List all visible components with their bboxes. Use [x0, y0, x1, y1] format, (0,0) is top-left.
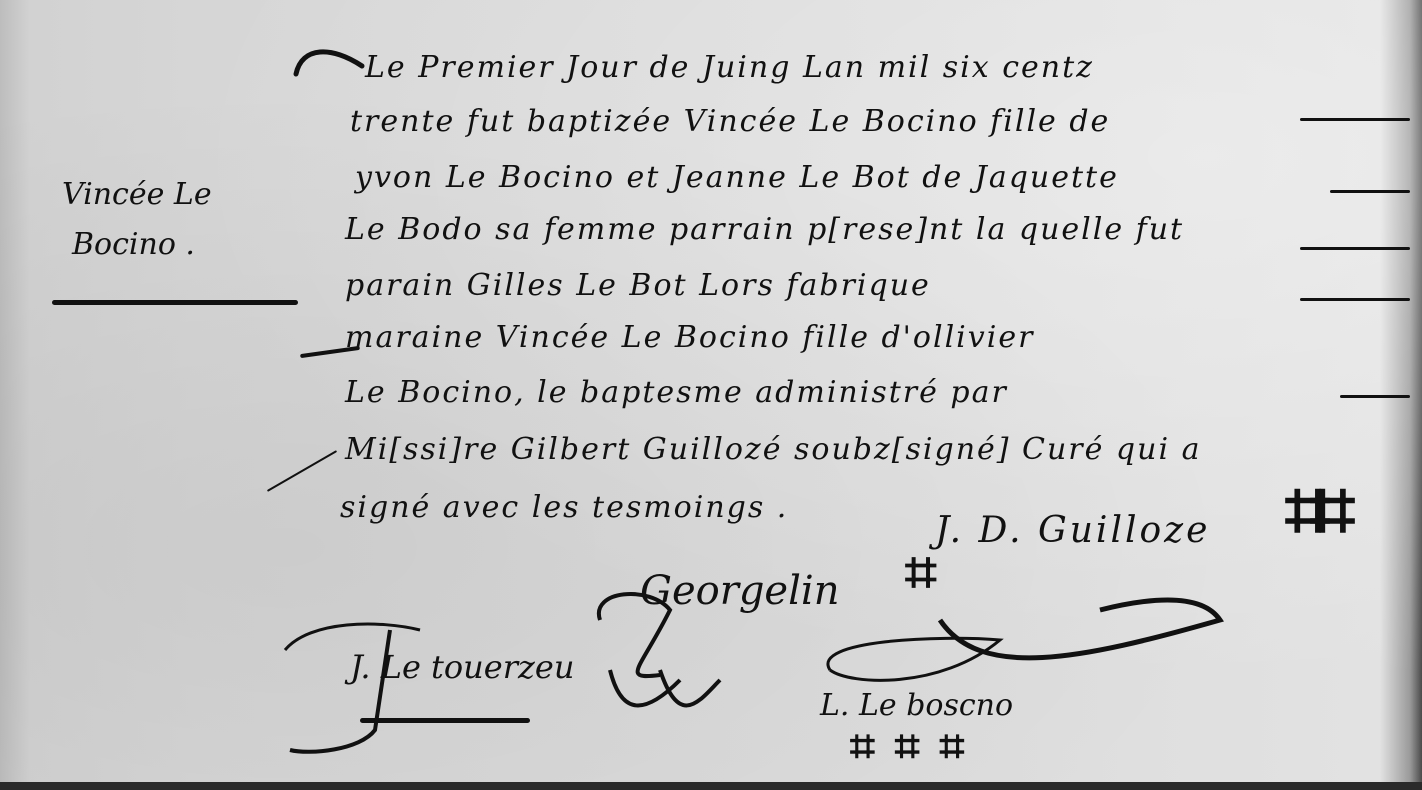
line-fill-stroke — [1300, 118, 1410, 121]
letouerzeu-flourish — [280, 610, 740, 760]
body-line-6: maraine Vincée Le Bocino fille d'ollivie… — [345, 320, 1034, 355]
bottom-bar — [0, 782, 1422, 790]
mark-center: ⌗ — [905, 545, 937, 601]
body-line-8: Mi[ssi]re Gilbert Guillozé soubz[signé] … — [345, 432, 1201, 467]
body-line-1: Le Premier Jour de Juing Lan mil six cen… — [365, 50, 1094, 85]
body-line-7: Le Bocino, le baptesme administré par — [345, 375, 1008, 410]
body-line-3: yvon Le Bocino et Jeanne Le Bot de Jaque… — [355, 160, 1119, 195]
margin-note-line-1: Vincée Le — [62, 170, 212, 220]
body-line-5: parain Gilles Le Bot Lors fabrique — [345, 268, 931, 303]
register-page: Vincée Le Bocino . Le Premier Jour de Ju… — [0, 0, 1422, 782]
body-line-2: trente fut baptizée Vincée Le Bocino fil… — [350, 104, 1110, 139]
body-line-4: Le Bodo sa femme parrain p[rese]nt la qu… — [345, 212, 1184, 247]
margin-note-line-2: Bocino . — [72, 220, 212, 270]
line-fill-stroke — [1340, 395, 1410, 398]
margin-note: Vincée Le Bocino . — [62, 170, 212, 270]
body-line-9: signé avec les tesmoings . — [340, 490, 788, 525]
line-fill-stroke — [1300, 247, 1410, 250]
mark-right: ⌗⌗ — [1285, 470, 1335, 550]
line-fill-stroke — [267, 450, 337, 492]
margin-rule — [52, 300, 298, 305]
opening-flourish — [292, 42, 372, 87]
signature-priest: J. D. Guilloze — [935, 510, 1210, 551]
signature-lebocino: L. Le boscno — [820, 688, 1013, 723]
mark-bottom: ⌗⌗⌗ — [850, 725, 984, 769]
line-fill-stroke — [1330, 190, 1410, 193]
line-fill-stroke — [1300, 298, 1410, 301]
